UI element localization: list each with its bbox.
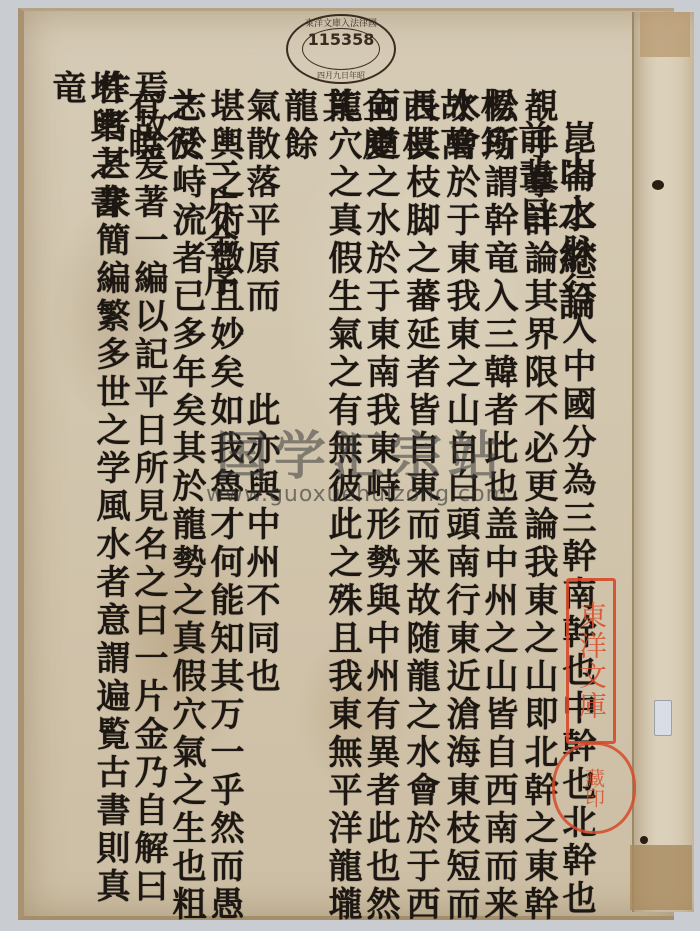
- spine-damage-bottom: [630, 845, 692, 910]
- red-seal-round: 藏印: [552, 742, 636, 834]
- binding-clip: [654, 700, 672, 736]
- binding-hole: [652, 180, 664, 190]
- red-seal-rectangular: 東洋文庫: [566, 578, 616, 744]
- stamp-number: 115358: [288, 30, 394, 49]
- watermark-text: 国学汇宗站: [216, 414, 506, 489]
- text-column-7: 龍穴之真假生氣之有無彼此之殊且我東無平洋龍壠龍餘: [276, 88, 364, 931]
- stamp-ring-text-bottom: 四月九日年昭: [288, 70, 394, 81]
- text-column-13: 作者甚衆簡編繁多世之学風水者意謂遍覧古書則真竜: [44, 70, 132, 931]
- book-spine: [632, 12, 694, 912]
- watermark-url: www.guoxuehuizong.com: [206, 482, 508, 507]
- spine-damage-top: [640, 12, 690, 57]
- binding-hole: [640, 836, 648, 844]
- library-stamp: 東洋文庫入法律國 115358 四月九日年昭: [286, 14, 396, 84]
